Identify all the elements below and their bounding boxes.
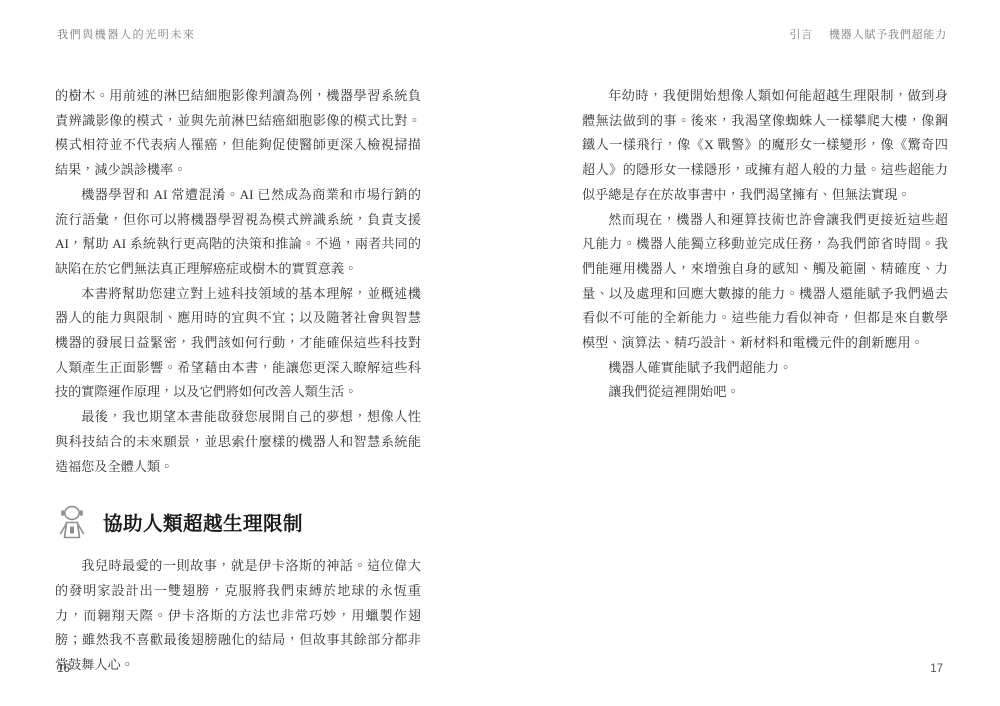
section-title: 協助人類超越生理限制 — [103, 508, 303, 536]
robot-icon — [55, 503, 89, 541]
page-number-right: 17 — [930, 663, 943, 675]
running-head-right: 引言機器人賦予我們超能力 — [789, 26, 947, 42]
book-spread: 我們與機器人的光明未來 引言機器人賦予我們超能力 的樹木。用前述的淋巴結細胞影像… — [0, 0, 1000, 706]
right-page-text-column: 年幼時，我便開始想像人類如何能超越生理限制，做到身體無法做到的事。後來，我渴望像… — [582, 84, 948, 405]
paragraph: 機器人確實能賦予我們超能力。 — [582, 356, 948, 381]
left-page-text-column: 的樹木。用前述的淋巴結細胞影像判讀為例，機器學習系統負責辨識影像的模式，並與先前… — [55, 84, 421, 678]
running-head-chapter-title: 機器人賦予我們超能力 — [829, 29, 947, 41]
paragraph: 年幼時，我便開始想像人類如何能超越生理限制，做到身體無法做到的事。後來，我渴望像… — [582, 84, 948, 208]
section-heading: 協助人類超越生理限制 — [55, 503, 421, 541]
running-head-left: 我們與機器人的光明未來 — [57, 26, 196, 42]
paragraph: 我兒時最愛的一則故事，就是伊卡洛斯的神話。這位偉大的發明家設計出一雙翅膀，克服將… — [55, 554, 421, 678]
paragraph: 讓我們從這裡開始吧。 — [582, 380, 948, 405]
running-head-chapter-label: 引言 — [789, 29, 813, 41]
paragraph: 本書將幫助您建立對上述科技領域的基本理解，並概述機器人的能力與限制、應用時的宜與… — [55, 282, 421, 406]
page-number-left: 16 — [57, 663, 70, 675]
paragraph: 然而現在，機器人和運算技術也許會讓我們更接近這些超凡能力。機器人能獨立移動並完成… — [582, 208, 948, 356]
paragraph: 的樹木。用前述的淋巴結細胞影像判讀為例，機器學習系統負責辨識影像的模式，並與先前… — [55, 84, 421, 183]
paragraph: 最後，我也期望本書能啟發您展開自己的夢想，想像人性與科技結合的未來願景，並思索什… — [55, 405, 421, 479]
paragraph: 機器學習和 AI 常遭混淆。AI 已然成為商業和市場行銷的流行語彙，但你可以將機… — [55, 183, 421, 282]
